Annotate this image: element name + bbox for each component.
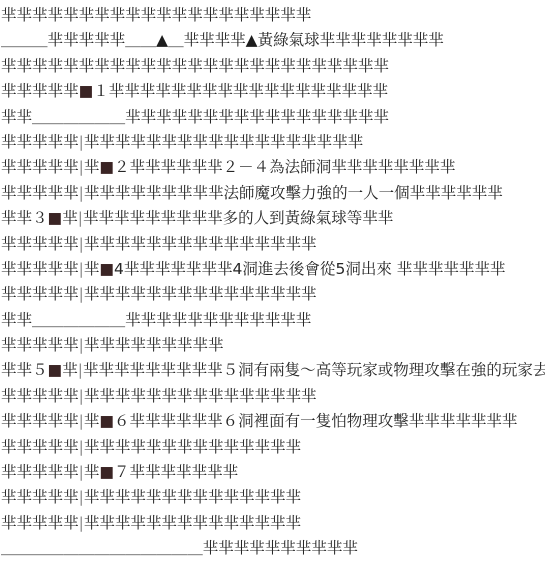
wall-pipe-glyph: | [78, 209, 83, 227]
wall-pipe-glyph: | [79, 260, 84, 278]
map-line: 芈芈芈芈芈芈芈芈芈芈芈芈芈芈芈芈芈芈芈芈芈芈芈芈芈 [1, 54, 545, 79]
wall-pipe-glyph: | [79, 387, 84, 405]
wall-pipe-glyph: | [78, 361, 83, 379]
map-line: 芈芈芈芈芈|芈■６芈芈芈芈芈芈６洞裡面有一隻怕物理攻擊芈芈芈芈芈芈芈 [1, 409, 545, 434]
wall-pipe-glyph: | [79, 158, 84, 176]
map-line: 芈芈３■芈|芈芈芈芈芈芈芈芈芈多的人到黃綠氣球等芈芈 [1, 206, 545, 231]
wall-pipe-glyph: | [79, 133, 84, 151]
wall-pipe-glyph: | [79, 235, 84, 253]
map-line: ＿＿＿芈芈芈芈芈＿＿▲＿芈芈芈芈▲黃綠氣球芈芈芈芈芈芈芈芈 [1, 28, 545, 53]
wall-pipe-glyph: | [79, 285, 84, 303]
marker-square-glyph: ■ [99, 158, 114, 176]
map-line: 芈芈芈芈芈|芈芈芈芈芈芈芈芈芈芈芈芈芈芈 [1, 435, 545, 460]
marker-triangle-glyph: ▲ [156, 31, 168, 49]
marker-square-glyph: ■ [99, 412, 114, 430]
map-line: 芈芈芈芈芈|芈芈芈芈芈芈芈芈芈芈芈芈芈芈 [1, 511, 545, 536]
marker-triangle-glyph: ▲ [246, 31, 258, 49]
ascii-game-map: 芈芈芈芈芈芈芈芈芈芈芈芈芈芈芈芈芈芈芈芈＿＿＿芈芈芈芈芈＿＿▲＿芈芈芈芈▲黃綠氣… [1, 3, 545, 561]
map-line: 芈芈芈芈芈|芈■２芈芈芈芈芈芈２－４為法師洞芈芈芈芈芈芈芈芈 [1, 155, 545, 180]
wall-pipe-glyph: | [79, 184, 84, 202]
map-line: 芈芈芈芈芈|芈芈芈芈芈芈芈芈芈芈芈芈芈芈芈芈芈芈 [1, 130, 545, 155]
map-line: 芈芈芈芈芈|芈■4芈芈芈芈芈芈芈4洞進去後會從5洞出來 芈芈芈芈芈芈芈 [1, 257, 545, 282]
marker-square-glyph: ■ [48, 361, 63, 379]
map-line: 芈芈芈芈芈|芈芈芈芈芈芈芈芈芈芈芈芈芈芈芈 [1, 232, 545, 257]
map-line: 芈芈芈芈芈|芈芈芈芈芈芈芈芈芈芈芈芈芈芈芈 [1, 282, 545, 307]
map-line: 芈芈５■芈|芈芈芈芈芈芈芈芈芈５洞有兩隻～高等玩家或物理攻擊在強的玩家去清 [1, 358, 545, 383]
wall-pipe-glyph: | [79, 336, 84, 354]
text-document-page: 芈芈芈芈芈芈芈芈芈芈芈芈芈芈芈芈芈芈芈芈＿＿＿芈芈芈芈芈＿＿▲＿芈芈芈芈▲黃綠氣… [0, 0, 545, 561]
marker-square-glyph: ■ [48, 209, 63, 227]
map-line: 芈芈芈芈芈|芈芈芈芈芈芈芈芈芈 [1, 333, 545, 358]
wall-pipe-glyph: | [79, 463, 84, 481]
wall-pipe-glyph: | [79, 514, 84, 532]
wall-pipe-glyph: | [79, 438, 84, 456]
map-line: 芈芈芈芈芈■１芈芈芈芈芈芈芈芈芈芈芈芈芈芈芈芈芈芈 [1, 79, 545, 104]
map-line: 芈芈＿＿＿＿＿＿芈芈芈芈芈芈芈芈芈芈芈芈 [1, 308, 545, 333]
map-line: 芈芈芈芈芈|芈芈芈芈芈芈芈芈芈法師魔攻擊力強的一人一個芈芈芈芈芈芈 [1, 181, 545, 206]
marker-square-glyph: ■ [99, 463, 114, 481]
marker-square-glyph: ■ [99, 260, 114, 278]
wall-pipe-glyph: | [79, 412, 84, 430]
map-line: 芈芈＿＿＿＿＿＿芈芈芈芈芈芈芈芈芈芈芈芈芈芈芈芈芈 [1, 105, 545, 130]
marker-square-glyph: ■ [79, 82, 94, 100]
map-line: 芈芈芈芈芈|芈芈芈芈芈芈芈芈芈芈芈芈芈芈芈 [1, 384, 545, 409]
map-line: 芈芈芈芈芈芈芈芈芈芈芈芈芈芈芈芈芈芈芈芈 [1, 3, 545, 28]
map-line: 芈芈芈芈芈|芈芈芈芈芈芈芈芈芈芈芈芈芈芈 [1, 485, 545, 510]
map-line: 芈芈芈芈芈|芈■７芈芈芈芈芈芈芈 [1, 460, 545, 485]
map-line: ＿＿＿＿＿＿＿＿＿＿＿＿＿芈芈芈芈芈芈芈芈芈芈 [1, 536, 545, 561]
wall-pipe-glyph: | [79, 488, 84, 506]
